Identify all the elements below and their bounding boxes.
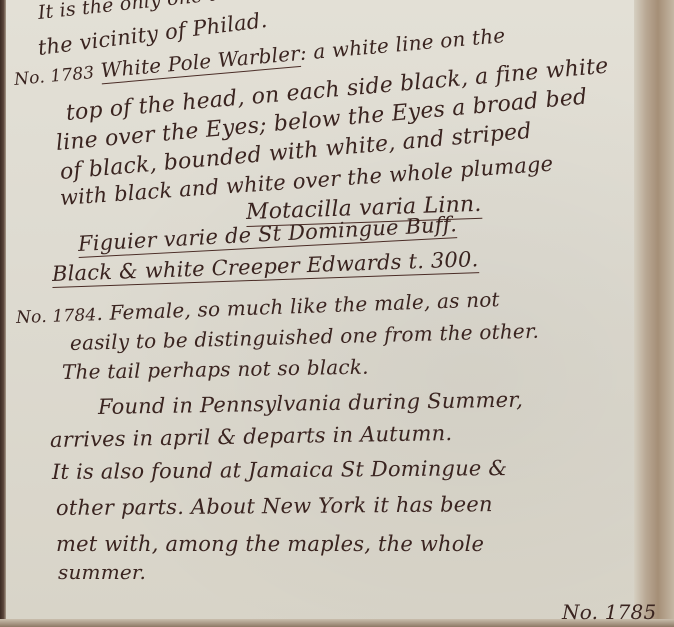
text-line: easily to be distinguished one from the … [70,319,540,355]
text-line: : a white line on the [299,23,506,65]
manuscript-page: It is the only one to la the vicinity of… [0,0,674,627]
text-line: met with, among the maples, the whole [56,532,484,556]
entry-number: No. 1783 [13,63,95,90]
text-line: summer. [58,560,146,584]
text-line: . Female, so much like the male, as not [96,287,500,325]
text-line: It is also found at Jamaica St Domingue … [52,456,507,484]
book-spine [0,0,6,627]
text-line: other parts. About New York it has been [56,492,493,520]
text-line: The tail perhaps not so black. [62,355,369,384]
entry-number: No. 1784 [16,305,97,328]
text-line: Found in Pennsylvania during Summer, [98,388,523,419]
text-line: arrives in april & departs in Autumn. [50,421,453,452]
entry-1785-number: No. 1785 [562,600,656,624]
page-edge [634,0,674,627]
